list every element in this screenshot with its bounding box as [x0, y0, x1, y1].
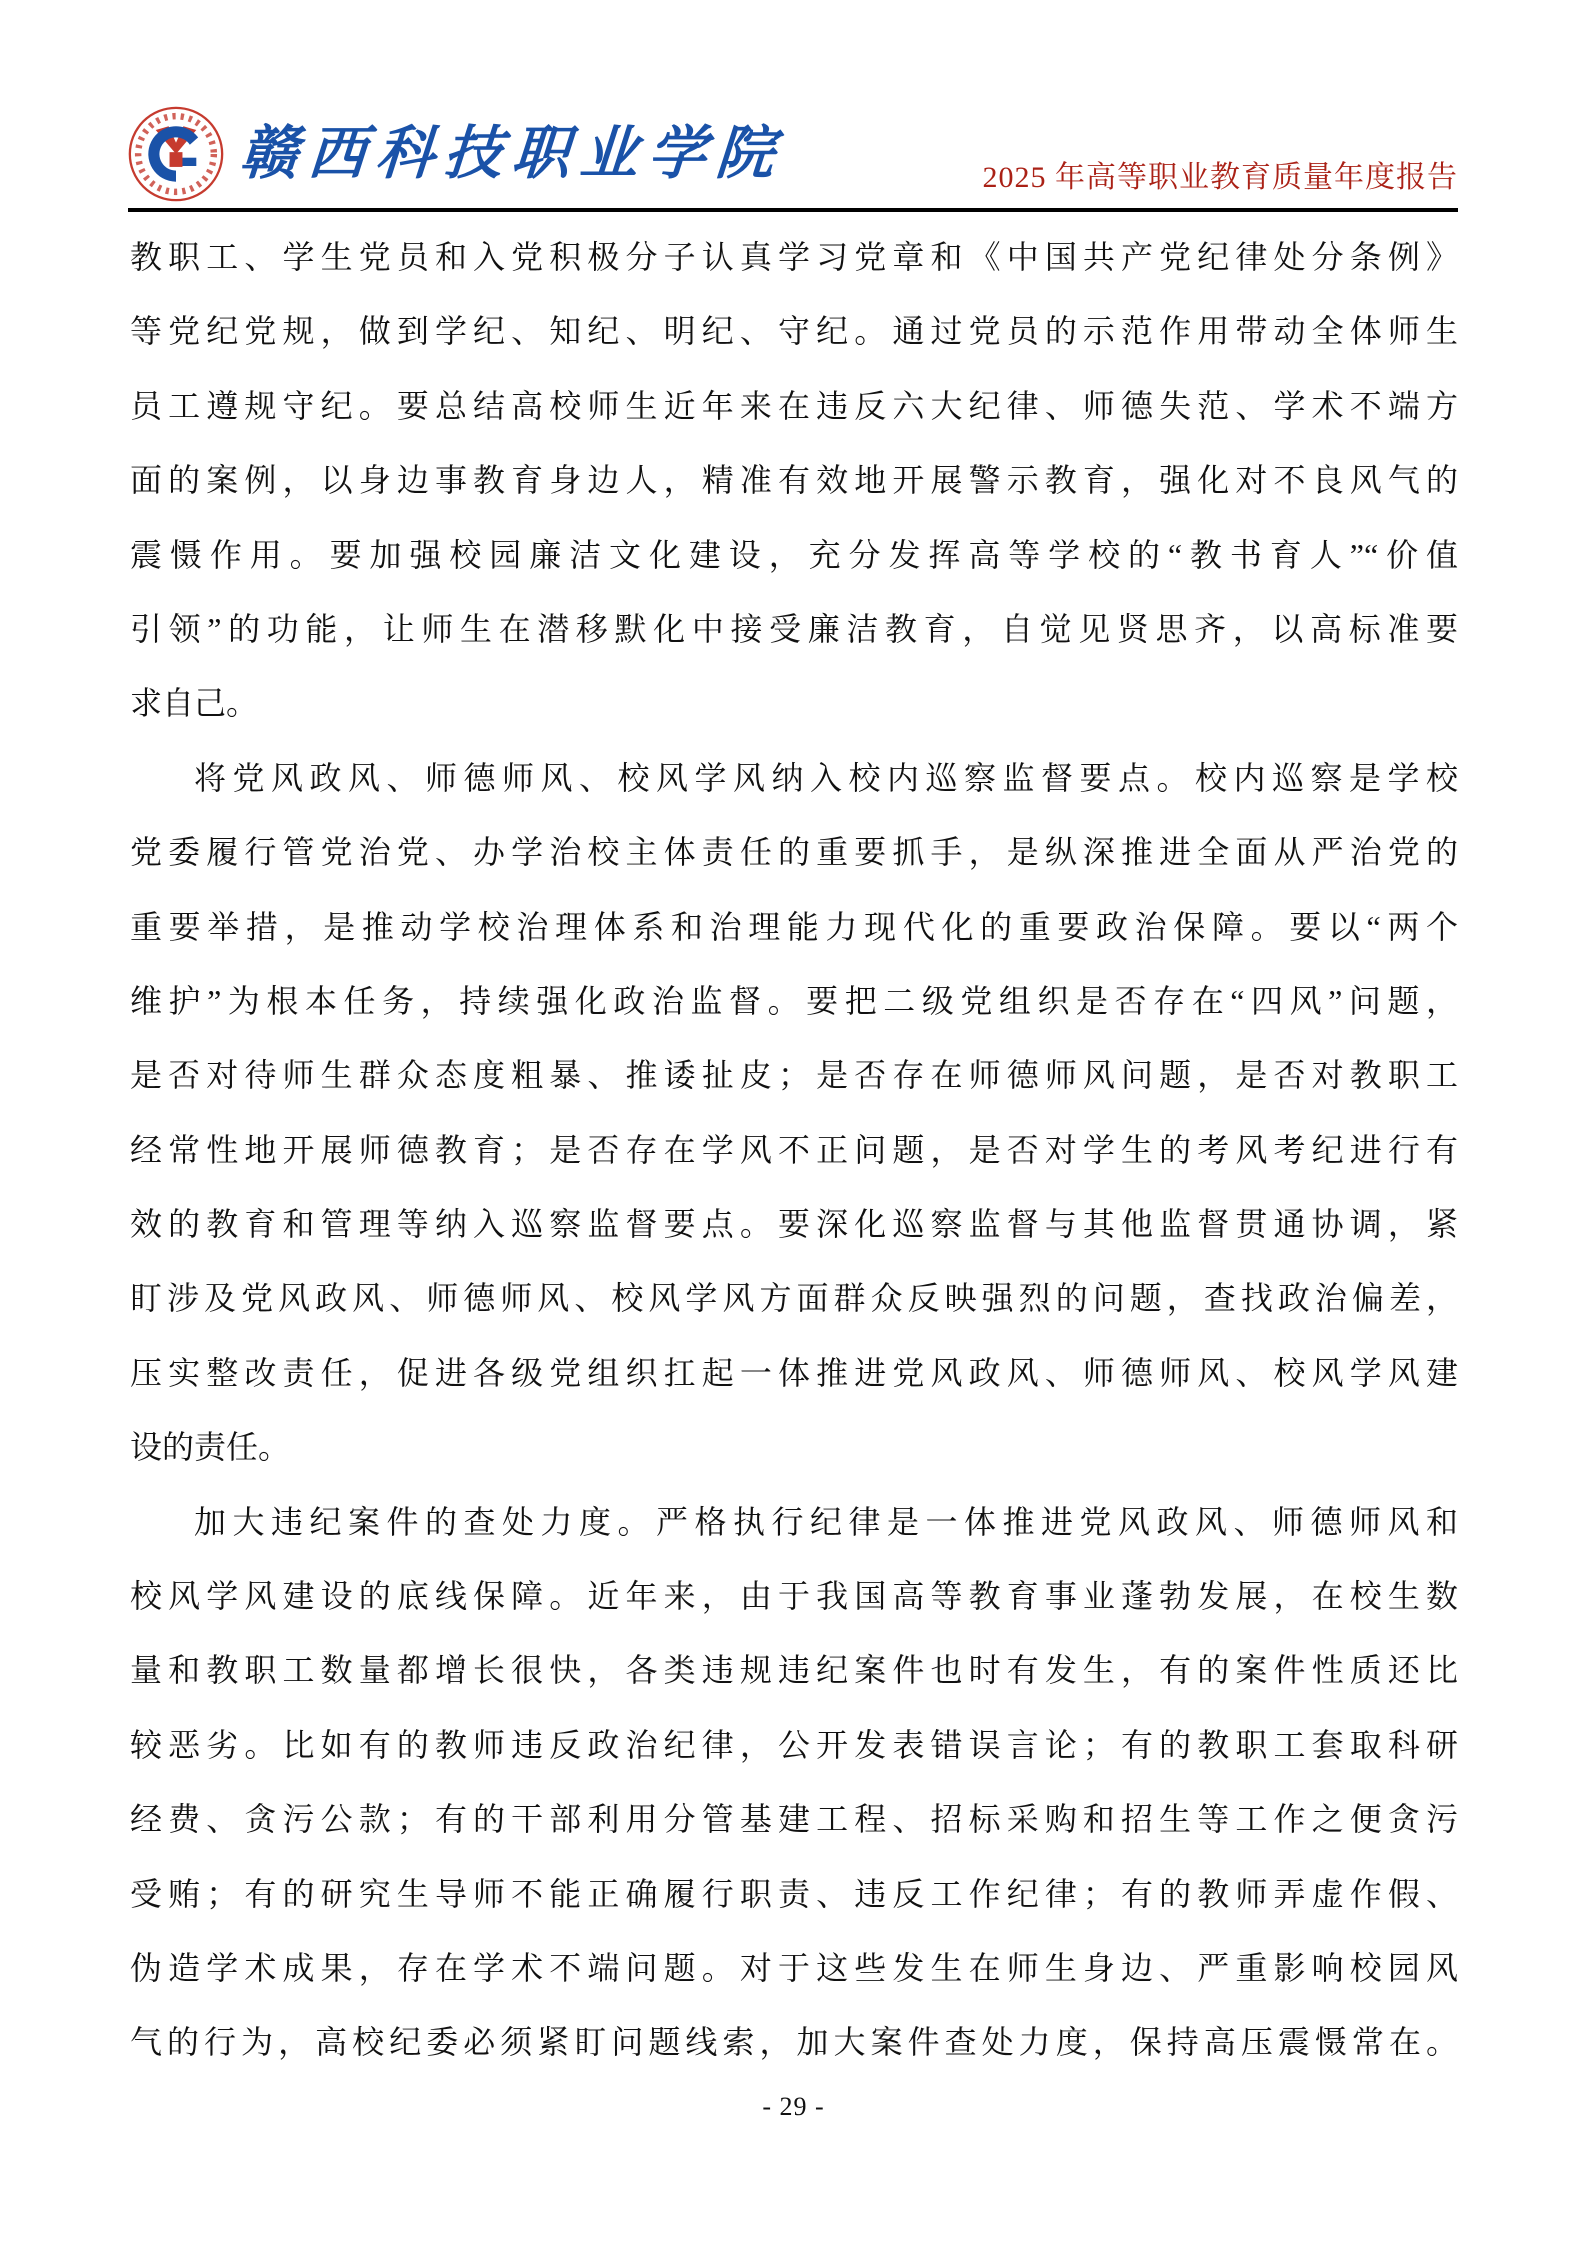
text-line: 维护”为根本任务，持续强化政治监督。要把二级党组织是否存在“四风”问题， [130, 964, 1458, 1038]
text-line: 重要举措，是推动学校治理体系和治理能力现代化的重要政治保障。要以“两个 [130, 890, 1458, 964]
text-line: 震慑作用。要加强校园廉洁文化建设，充分发挥高等学校的“教书育人”“价值 [130, 518, 1458, 592]
text-line: 经费、贪污公款；有的干部利用分管基建工程、招标采购和招生等工作之便贪污 [130, 1782, 1458, 1856]
text-line: 设的责任。 [130, 1410, 1458, 1484]
text-line: 等党纪党规，做到学纪、知纪、明纪、守纪。通过党员的示范作用带动全体师生 [130, 294, 1458, 368]
text-line: 较恶劣。比如有的教师违反政治纪律，公开发表错误言论；有的教职工套取科研 [130, 1708, 1458, 1782]
text-line: 盯涉及党风政风、师德师风、校风学风方面群众反映强烈的问题，查找政治偏差， [130, 1261, 1458, 1335]
text-line: 教职工、学生党员和入党积极分子认真学习党章和《中国共产党纪律处分条例》 [130, 220, 1458, 294]
school-brand: 赣西科技职业学院 [128, 106, 784, 202]
document-page: 赣西科技职业学院 2025 年高等职业教育质量年度报告 教职工、学生党员和入党积… [0, 0, 1587, 2245]
text-line: 员工遵规守纪。要总结高校师生近年来在违反六大纪律、师德失范、学术不端方 [130, 369, 1458, 443]
page-number: - 29 - [0, 2092, 1587, 2122]
body-text: 教职工、学生党员和入党积极分子认真学习党章和《中国共产党纪律处分条例》等党纪党规… [0, 212, 1587, 2080]
text-line: 气的行为，高校纪委必须紧盯问题线索，加大案件查处力度，保持高压震慑常在。 [130, 2005, 1458, 2079]
page-header: 赣西科技职业学院 2025 年高等职业教育质量年度报告 [0, 0, 1587, 202]
text-line: 伪造学术成果，存在学术不端问题。对于这些发生在师生身边、严重影响校园风 [130, 1931, 1458, 2005]
text-line: 党委履行管党治党、办学治校主体责任的重要抓手，是纵深推进全面从严治党的 [130, 815, 1458, 889]
school-logo-icon [128, 106, 224, 202]
text-line: 将党风政风、师德师风、校风学风纳入校内巡察监督要点。校内巡察是学校 [130, 741, 1458, 815]
text-line: 是否对待师生群众态度粗暴、推诿扯皮；是否存在师德师风问题，是否对教职工 [130, 1038, 1458, 1112]
text-line: 引领”的功能，让师生在潜移默化中接受廉洁教育，自觉见贤思齐，以高标准要 [130, 592, 1458, 666]
text-line: 经常性地开展师德教育；是否存在学风不正问题，是否对学生的考风考纪进行有 [130, 1113, 1458, 1187]
school-name: 赣西科技职业学院 [238, 125, 786, 183]
report-title: 2025 年高等职业教育质量年度报告 [983, 160, 1459, 196]
text-line: 加大违纪案件的查处力度。严格执行纪律是一体推进党风政风、师德师风和 [130, 1485, 1458, 1559]
text-line: 求自己。 [130, 666, 1458, 740]
text-line: 受贿；有的研究生导师不能正确履行职责、违反工作纪律；有的教师弄虚作假、 [130, 1857, 1458, 1931]
text-line: 效的教育和管理等纳入巡察监督要点。要深化巡察监督与其他监督贯通协调，紧 [130, 1187, 1458, 1261]
text-line: 校风学风建设的底线保障。近年来，由于我国高等教育事业蓬勃发展，在校生数 [130, 1559, 1458, 1633]
text-line: 面的案例，以身边事教育身边人，精准有效地开展警示教育，强化对不良风气的 [130, 443, 1458, 517]
text-line: 压实整改责任，促进各级党组织扛起一体推进党风政风、师德师风、校风学风建 [130, 1336, 1458, 1410]
text-line: 量和教职工数量都增长很快，各类违规违纪案件也时有发生，有的案件性质还比 [130, 1633, 1458, 1707]
